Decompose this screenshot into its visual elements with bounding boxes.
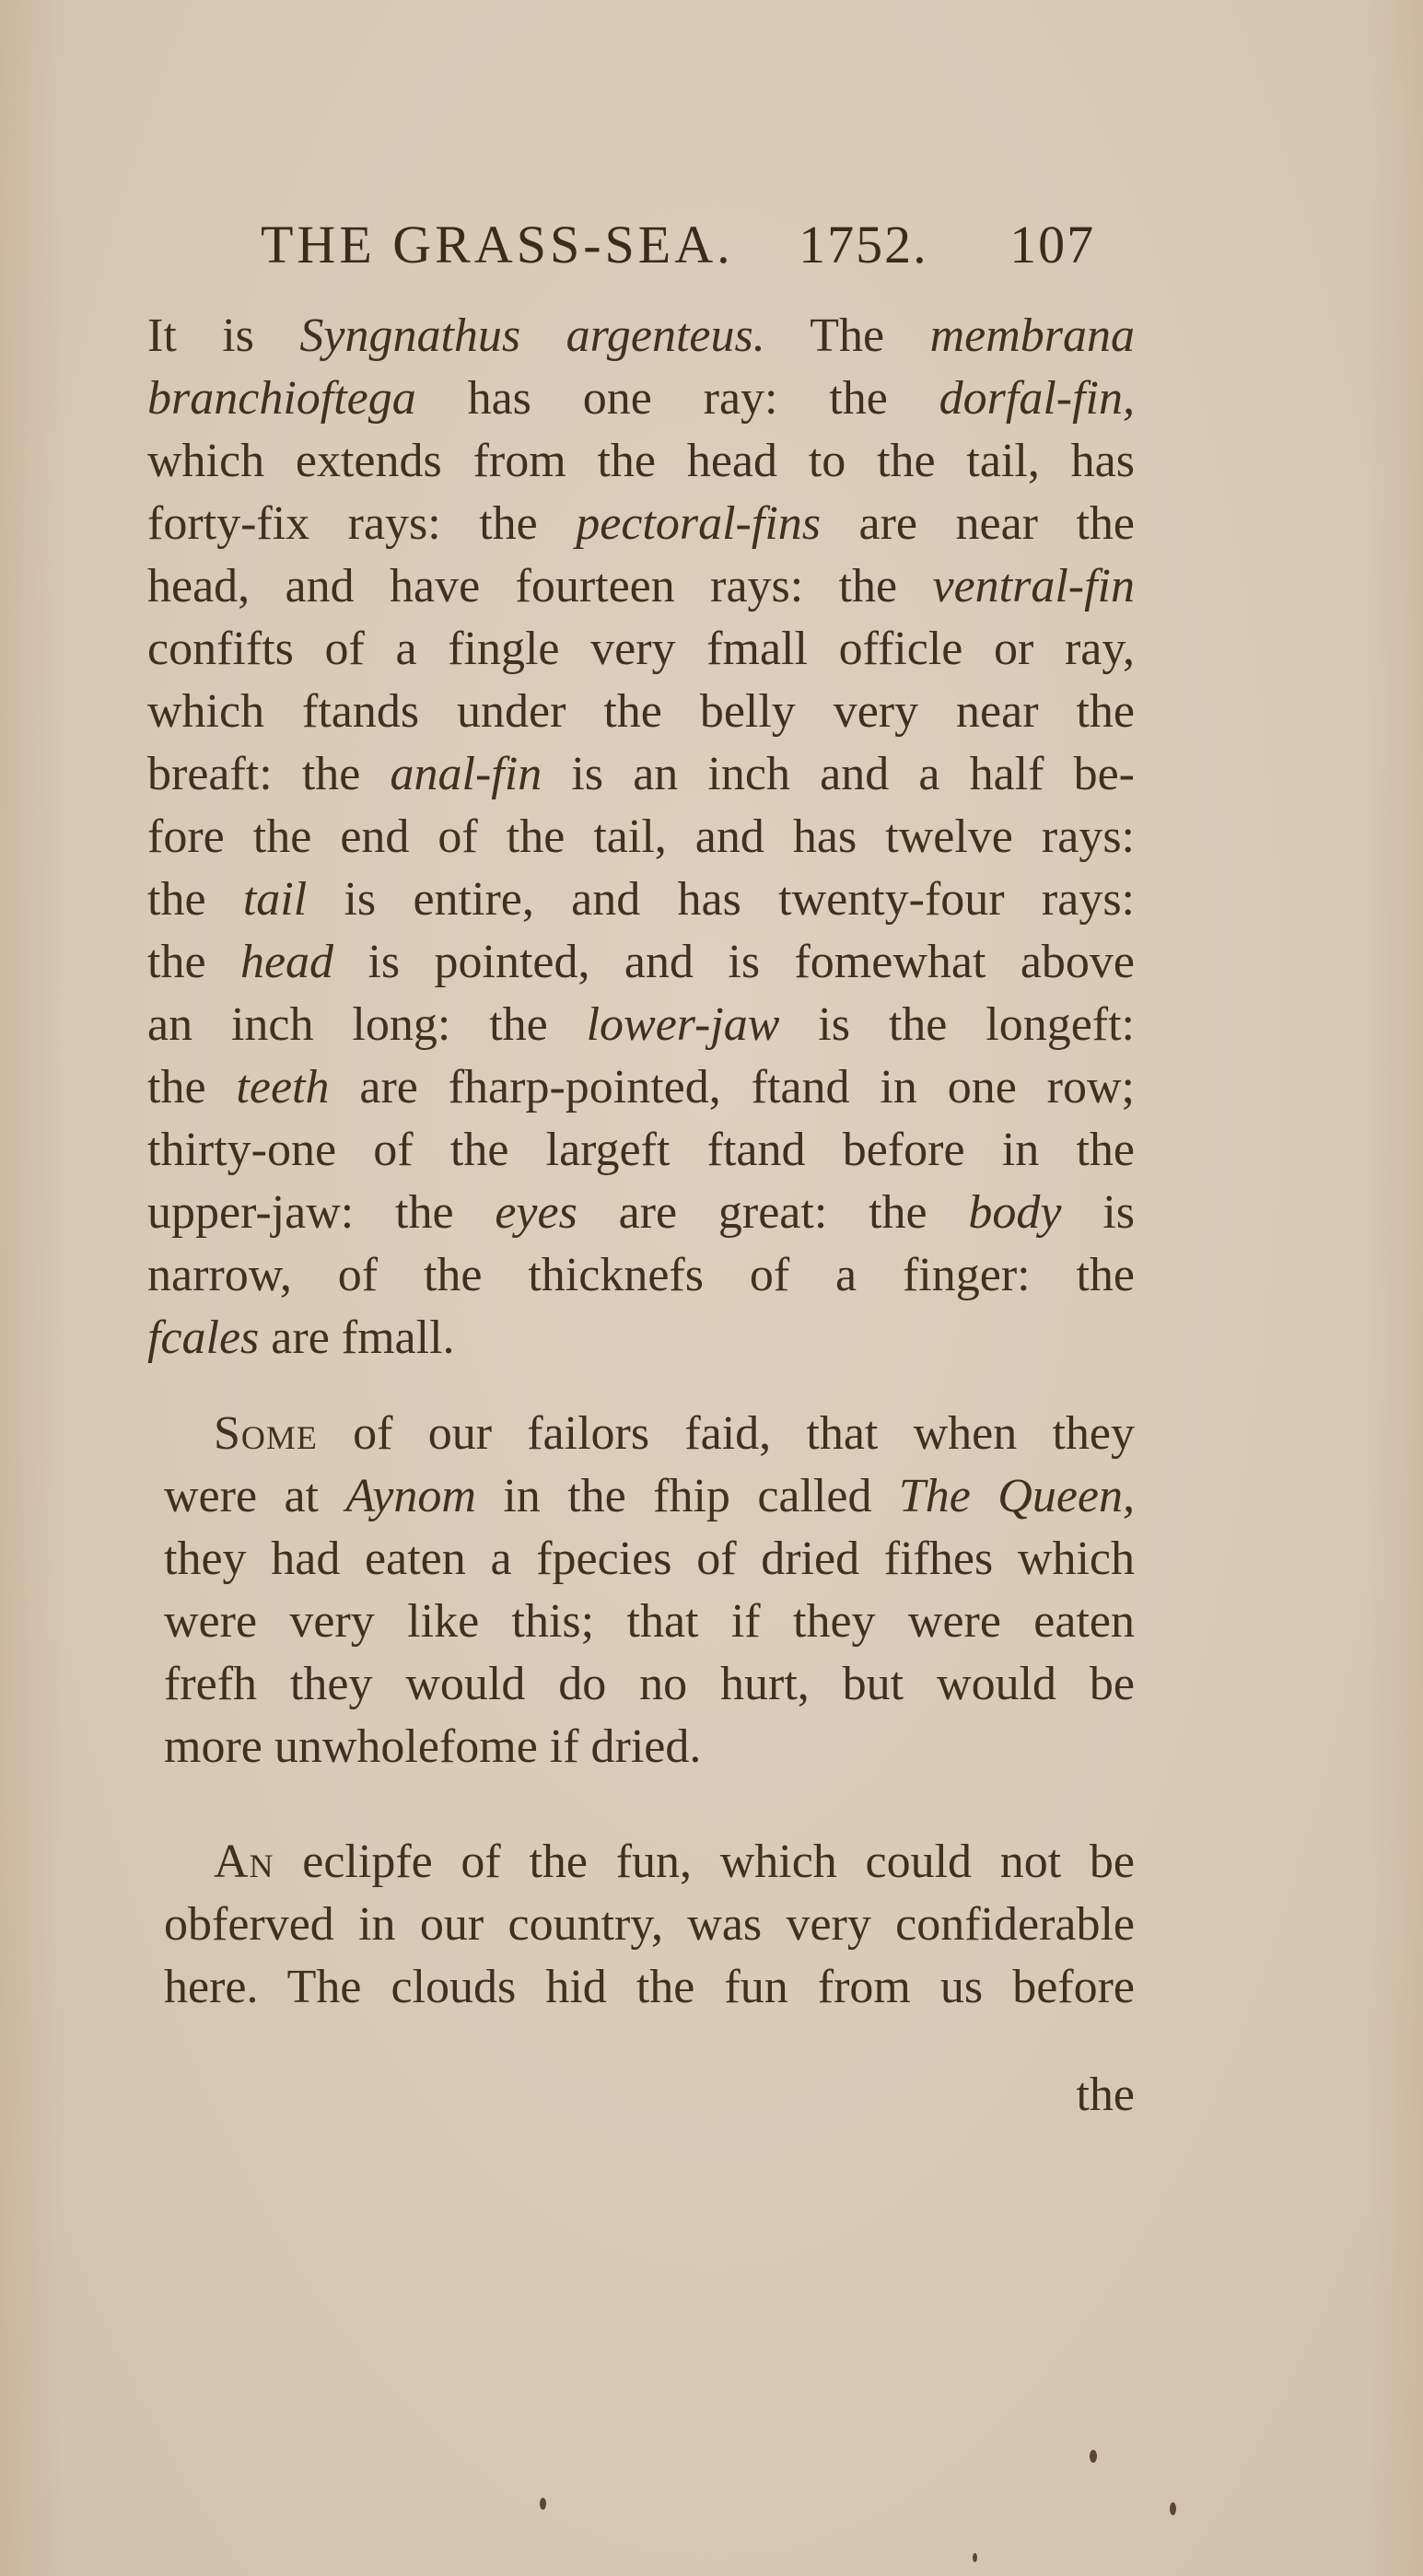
- text-run: here. The clouds hid the fun from us bef…: [164, 1961, 1135, 2013]
- text-run: were very like this; that if they were e…: [164, 1595, 1135, 1648]
- text-line: the tail is entire, and has twenty-four …: [147, 868, 1135, 932]
- text-run: they had eaten a fpecies of dried fifhes…: [164, 1533, 1135, 1585]
- small-caps-lead: Some: [214, 1407, 318, 1460]
- catchword: the: [1068, 2063, 1135, 2127]
- text-line: the head is pointed, and is fomewhat abo…: [147, 930, 1135, 995]
- italic-term: anal-fin: [391, 748, 542, 800]
- italic-term: branchioftega: [147, 372, 416, 425]
- italic-term: dorfal-fin,: [939, 372, 1135, 425]
- text-line: confifts of a fingle very fmall officle …: [147, 617, 1135, 682]
- text-run: were at: [164, 1470, 345, 1522]
- text-line: the teeth are fharp-pointed, ftand in on…: [147, 1055, 1135, 1120]
- text-run: narrow, of the thicknefs of a finger: th…: [147, 1249, 1135, 1301]
- text-run: eclipfe of the fun, which could not be: [274, 1836, 1135, 1888]
- book-page: THE GRASS-SEA. 1752. 107 It is Syngnathu…: [0, 0, 1423, 2576]
- italic-term: membrana: [930, 309, 1135, 362]
- text-run: thirty-one of the largeft ftand before i…: [147, 1124, 1135, 1176]
- text-line: fcales are fmall.: [147, 1306, 1135, 1370]
- paper-blemish: [540, 2498, 546, 2510]
- italic-term: ventral-fin: [932, 560, 1135, 612]
- text-run: has one ray: the: [416, 372, 939, 425]
- text-run: are great: the: [577, 1186, 969, 1239]
- running-head: THE GRASS-SEA. 1752. 107: [261, 214, 1145, 275]
- text-line: more unwholefome if dried.: [164, 1715, 1135, 1779]
- text-run: It is: [147, 309, 299, 362]
- text-line: An eclipfe of the fun, which could not b…: [214, 1830, 1135, 1894]
- text-line: frefh they would do no hurt, but would b…: [164, 1652, 1135, 1717]
- text-run: are fharp-pointed, ftand in one row;: [329, 1061, 1135, 1113]
- text-line: branchioftega has one ray: the dorfal-fi…: [147, 367, 1135, 431]
- text-run: in the fhip called: [476, 1470, 899, 1522]
- text-run: are fmall.: [259, 1311, 454, 1364]
- italic-term: Syngnathus argenteus.: [299, 309, 764, 362]
- small-caps-lead: An: [214, 1836, 274, 1888]
- text-line: here. The clouds hid the fun from us bef…: [164, 1955, 1135, 2020]
- italic-term: body: [968, 1186, 1061, 1239]
- text-run: the: [147, 1061, 236, 1113]
- text-run: is entire, and has twenty-four rays:: [307, 873, 1135, 926]
- text-line: thirty-one of the largeft ftand before i…: [147, 1118, 1135, 1183]
- text-line: forty-fix rays: the pectoral-fins are ne…: [147, 492, 1135, 556]
- text-run: confifts of a fingle very fmall officle …: [147, 623, 1135, 675]
- text-line: breaft: the anal-fin is an inch and a ha…: [147, 742, 1135, 807]
- text-line: were at Aynom in the fhip called The Que…: [164, 1464, 1135, 1529]
- text-run: is an inch and a half be-: [542, 748, 1135, 800]
- text-run: frefh they would do no hurt, but would b…: [164, 1658, 1135, 1710]
- italic-term: Aynom: [345, 1470, 476, 1522]
- text-run: an inch long: the: [147, 998, 587, 1051]
- running-head-title: THE GRASS-SEA.: [261, 214, 734, 275]
- text-line: fore the end of the tail, and has twelve…: [147, 805, 1135, 869]
- text-run: upper-jaw: the: [147, 1186, 495, 1239]
- paper-blemish: [973, 2553, 977, 2562]
- page-edge-shadow-left: [0, 0, 64, 2576]
- running-head-year: 1752.: [799, 214, 928, 275]
- text-line: head, and have fourteen rays: the ventra…: [147, 554, 1135, 619]
- text-line: which extends from the head to the tail,…: [147, 429, 1135, 494]
- page-edge-shadow-right: [1368, 0, 1423, 2576]
- page-number: 107: [1009, 214, 1095, 275]
- text-line: were very like this; that if they were e…: [164, 1590, 1135, 1654]
- text-run: obferved in our country, was very confid…: [164, 1898, 1135, 1951]
- text-run: breaft: the: [147, 748, 391, 800]
- paper-blemish: [1170, 2502, 1176, 2515]
- italic-term: fcales: [147, 1311, 259, 1364]
- text-run: forty-fix rays: the: [147, 497, 576, 550]
- text-run: more unwholefome if dried.: [164, 1720, 701, 1773]
- text-line: they had eaten a fpecies of dried fifhes…: [164, 1527, 1135, 1591]
- text-line: upper-jaw: the eyes are great: the body …: [147, 1181, 1135, 1245]
- text-run: the: [147, 936, 240, 988]
- italic-term: teeth: [236, 1061, 329, 1113]
- text-run: is: [1062, 1186, 1136, 1239]
- text-run: is pointed, and is fomewhat above: [333, 936, 1135, 988]
- italic-term: head: [240, 936, 333, 988]
- text-line: which ftands under the belly very near t…: [147, 680, 1135, 744]
- italic-term: lower-jaw: [587, 998, 780, 1051]
- text-run: fore the end of the tail, and has twelve…: [147, 810, 1135, 863]
- text-line: narrow, of the thicknefs of a finger: th…: [147, 1243, 1135, 1308]
- text-run: which ftands under the belly very near t…: [147, 685, 1135, 738]
- text-line: obferved in our country, was very confid…: [164, 1893, 1135, 1957]
- text-run: The: [765, 309, 930, 362]
- italic-term: eyes: [495, 1186, 577, 1239]
- paper-blemish: [1090, 2450, 1097, 2463]
- text-run: head, and have fourteen rays: the: [147, 560, 932, 612]
- text-line: Some of our failors faid, that when they: [214, 1402, 1135, 1466]
- text-run: the: [147, 873, 243, 926]
- text-line: an inch long: the lower-jaw is the longe…: [147, 993, 1135, 1057]
- text-run: is the longeft:: [779, 998, 1135, 1051]
- text-line: It is Syngnathus argenteus. The membrana: [147, 304, 1135, 368]
- text-run: which extends from the head to the tail,…: [147, 435, 1135, 487]
- text-run: are near the: [821, 497, 1135, 550]
- text-run: of our failors faid, that when they: [318, 1407, 1135, 1460]
- italic-term: pectoral-fins: [576, 497, 821, 550]
- italic-term: The Queen,: [899, 1470, 1135, 1522]
- italic-term: tail: [243, 873, 307, 926]
